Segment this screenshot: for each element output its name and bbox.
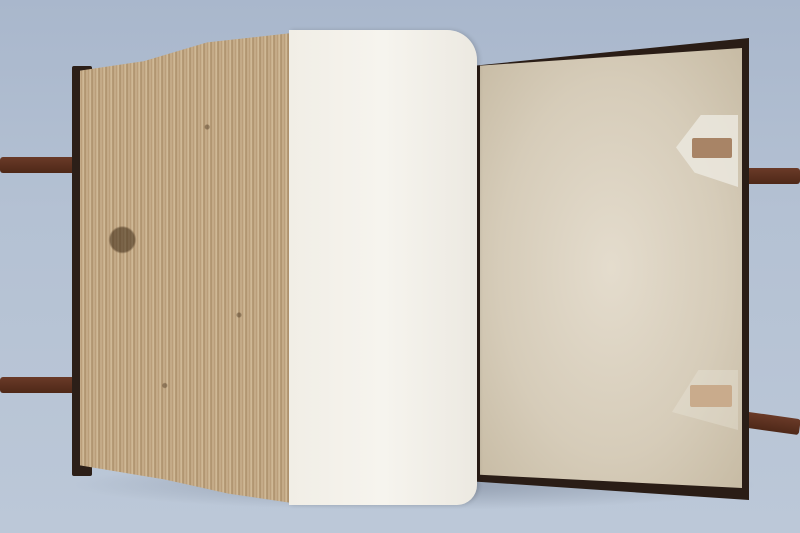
left-upper-tie — [0, 157, 78, 173]
blank-flyleaf — [289, 30, 477, 505]
upper-tie-patch — [692, 138, 732, 158]
lower-tie-patch — [690, 385, 732, 407]
stain-spots — [80, 33, 292, 503]
right-upper-tie — [740, 168, 800, 184]
left-lower-tie — [0, 377, 78, 393]
pastedown-endpaper — [480, 48, 742, 488]
